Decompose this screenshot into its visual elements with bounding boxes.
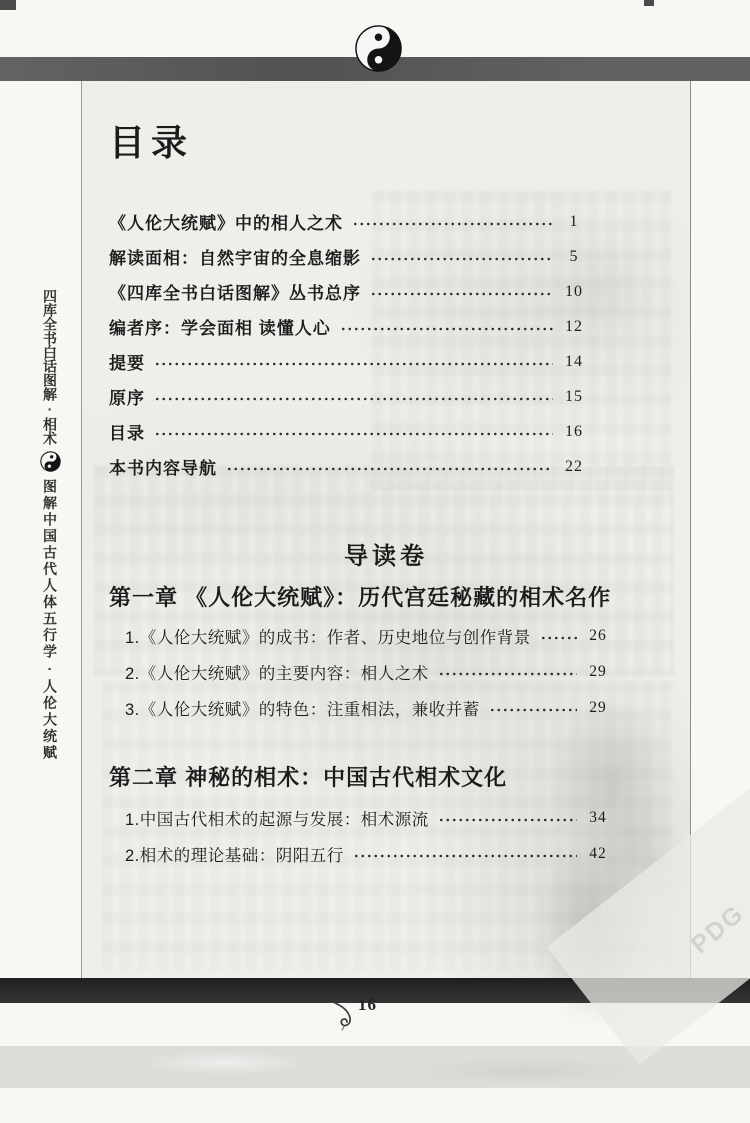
dot-leader: [438, 817, 577, 823]
toc-entry-label: 解读面相：自然宇宙的全息缩影: [109, 244, 361, 269]
toc-entry: 《四库全书白话图解》丛书总序 10: [109, 274, 587, 309]
toc-entry-label: 本书内容导航: [109, 454, 217, 479]
dot-leader: [353, 853, 577, 859]
toc-entry-label: 提要: [109, 349, 145, 374]
scan-artifact-top-left: [0, 0, 16, 10]
toc-entry-page: 22: [561, 458, 587, 476]
section-heading: 导读卷: [82, 536, 690, 571]
toc-entry-page: 34: [585, 809, 611, 827]
toc-entry-page: 42: [585, 845, 611, 863]
toc-entry-label: 目录: [109, 419, 145, 444]
toc-entry-page: 26: [585, 627, 611, 645]
chapter-1-title: 第一章 《人伦大统赋》：历代宫廷秘藏的相术名作: [109, 581, 611, 612]
chapter-2-title: 第二章 神秘的相术：中国古代相术文化: [109, 761, 507, 792]
page-footer: 16: [331, 995, 377, 1031]
yin-yang-icon: [355, 25, 402, 72]
toc-entry: 原序 15: [109, 379, 587, 414]
dot-leader: [370, 256, 553, 262]
toc-entry-label: 3.《人伦大统赋》的特色：注重相法，兼收并蓄: [125, 696, 480, 720]
toc-entry-page: 15: [561, 388, 587, 406]
dot-leader: [226, 466, 553, 472]
toc-entry-label: 1.《人伦大统赋》的成书：作者、历史地位与创作背景: [125, 624, 531, 648]
toc-entry-page: 5: [561, 248, 587, 266]
toc-entry: 1.《人伦大统赋》的成书：作者、历史地位与创作背景 26: [125, 618, 611, 654]
toc-entry: 解读面相：自然宇宙的全息缩影 5: [109, 239, 587, 274]
toc-entry: 提要 14: [109, 344, 587, 379]
toc-chapter-1-items: 1.《人伦大统赋》的成书：作者、历史地位与创作背景 26 2.《人伦大统赋》的主…: [125, 618, 611, 726]
vine-curl-icon: [331, 999, 358, 1031]
toc-entry: 编者序：学会面相 读懂人心 12: [109, 309, 587, 344]
spine-sidebar: 四库全书白话图解·相术 图解中国古代人体五行学·人伦大统赋: [33, 289, 67, 762]
toc-entry: 《人伦大统赋》中的相人之术 1: [109, 204, 587, 239]
dot-leader: [154, 396, 553, 402]
scanned-book-page: 目录 《人伦大统赋》中的相人之术 1 解读面相：自然宇宙的全息缩影 5 《四库全…: [0, 0, 750, 1123]
toc-entry: 2.《人伦大统赋》的主要内容：相人之术 29: [125, 654, 611, 690]
toc-entry-label: 《人伦大统赋》中的相人之术: [109, 209, 343, 234]
dot-leader: [438, 671, 577, 677]
toc-front-matter: 《人伦大统赋》中的相人之术 1 解读面相：自然宇宙的全息缩影 5 《四库全书白话…: [109, 204, 587, 484]
toc-entry: 1.中国古代相术的起源与发展：相术源流 34: [125, 800, 611, 836]
series-title-vertical: 四库全书白话图解·相术: [40, 289, 60, 445]
book-subtitle-vertical: 图解中国古代人体五行学·人伦大统赋: [40, 479, 60, 762]
toc-entry-label: 《四库全书白话图解》丛书总序: [109, 279, 361, 304]
book-page: 目录 《人伦大统赋》中的相人之术 1 解读面相：自然宇宙的全息缩影 5 《四库全…: [81, 81, 691, 978]
toc-entry-label: 2.《人伦大统赋》的主要内容：相人之术: [125, 660, 429, 684]
toc-entry-page: 29: [585, 663, 611, 681]
dot-leader: [370, 291, 553, 297]
toc-entry: 本书内容导航 22: [109, 449, 587, 484]
yin-yang-icon: [37, 449, 62, 474]
folio-number: 16: [358, 995, 377, 1015]
toc-entry-page: 14: [561, 353, 587, 371]
toc-entry-label: 原序: [109, 384, 145, 409]
toc-chapter-2-items: 1.中国古代相术的起源与发展：相术源流 34 2.相术的理论基础：阴阳五行 42: [125, 800, 611, 872]
dot-leader: [540, 635, 577, 641]
toc-entry-page: 1: [561, 213, 587, 231]
scan-artifact-top-right: [644, 0, 654, 6]
toc-entry-page: 29: [585, 699, 611, 717]
dot-leader: [154, 431, 553, 437]
toc-entry: 3.《人伦大统赋》的特色：注重相法，兼收并蓄 29: [125, 690, 611, 726]
toc-entry: 2.相术的理论基础：阴阳五行 42: [125, 836, 611, 872]
toc-entry-page: 10: [561, 283, 587, 301]
page-title: 目录: [109, 121, 193, 165]
dot-leader: [489, 707, 577, 713]
toc-entry: 目录 16: [109, 414, 587, 449]
dot-leader: [154, 361, 553, 367]
toc-entry-page: 12: [561, 318, 587, 336]
toc-entry-label: 1.中国古代相术的起源与发展：相术源流: [125, 806, 429, 830]
toc-entry-page: 16: [561, 423, 587, 441]
toc-entry-label: 编者序：学会面相 读懂人心: [109, 314, 331, 339]
dot-leader: [352, 221, 553, 227]
toc-entry-label: 2.相术的理论基础：阴阳五行: [125, 842, 344, 866]
dot-leader: [340, 326, 553, 332]
